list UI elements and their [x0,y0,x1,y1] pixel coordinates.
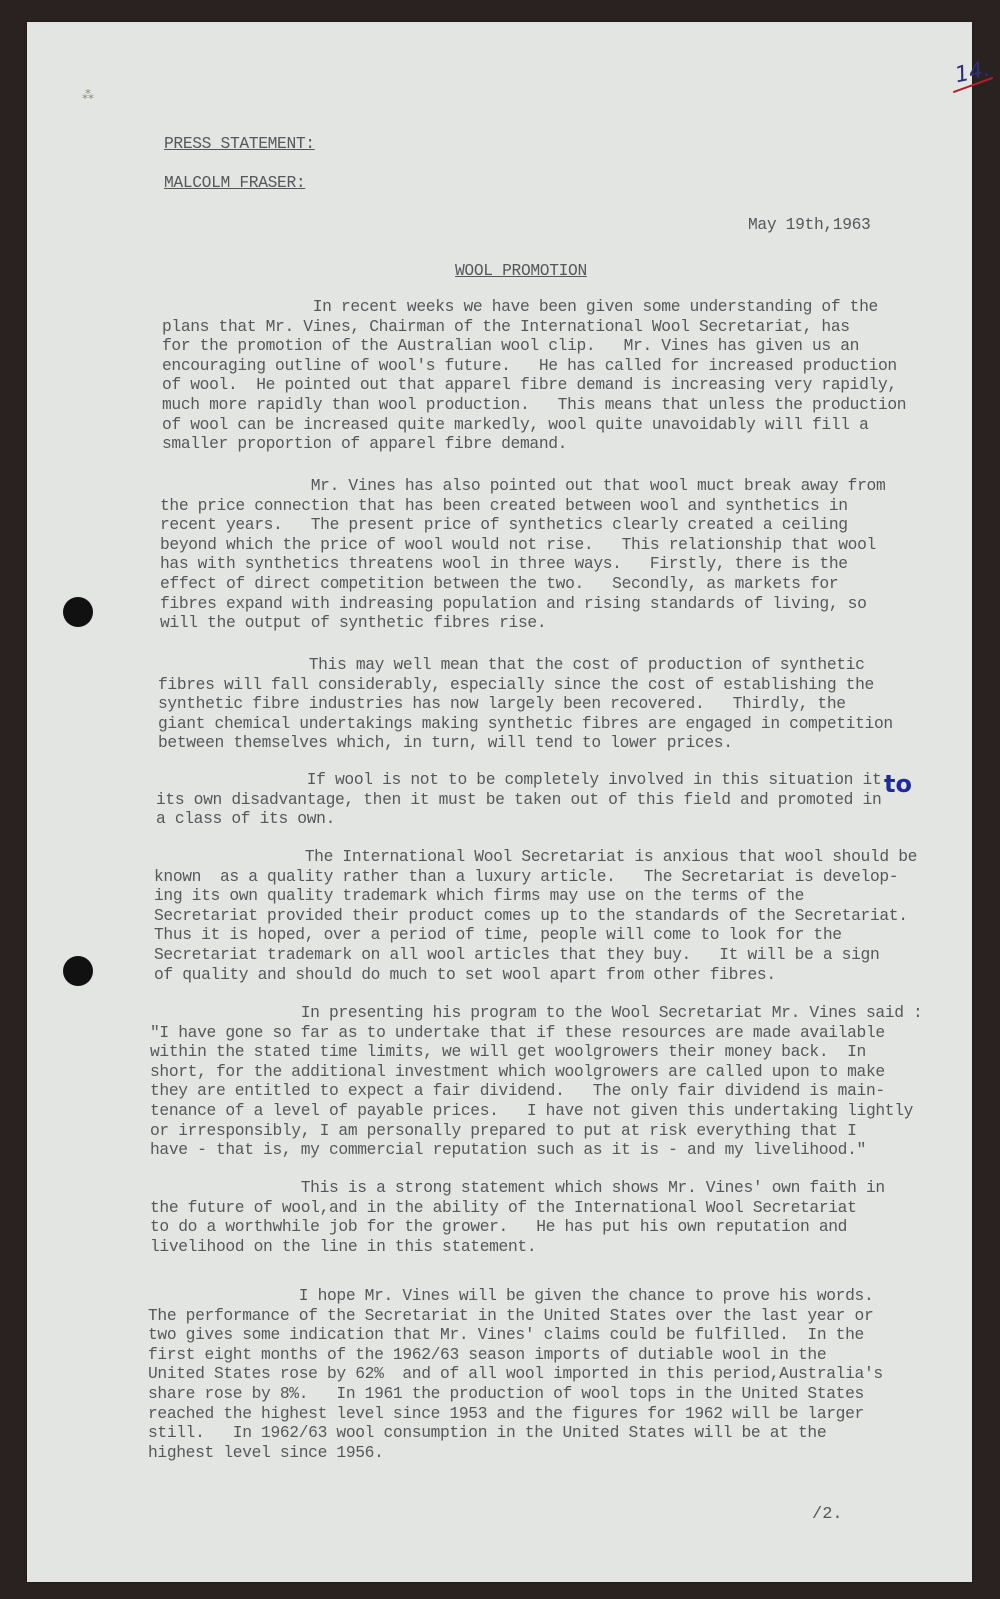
paragraph-7: This is a strong statement which shows M… [150,1178,885,1256]
margin-mark: ⁂ [82,88,94,103]
paragraph-2: Mr. Vines has also pointed out that wool… [160,476,885,633]
author-label: MALCOLM FRASER: [164,173,305,193]
punch-hole-icon [63,956,93,986]
paragraph-8: I hope Mr. Vines will be given the chanc… [148,1286,883,1462]
handwritten-insert: to [884,770,912,798]
page-continuation: /2. [812,1505,843,1524]
paragraph-1: In recent weeks we have been given some … [162,297,906,454]
press-statement-label: PRESS STATEMENT: [164,134,315,154]
document-title: WOOL PROMOTION [455,261,587,281]
date: May 19th,1963 [748,215,870,235]
paragraph-3: This may well mean that the cost of prod… [158,655,893,753]
paragraph-4: If wool is not to be completely involved… [156,770,881,829]
paragraph-5: The International Wool Secretariat is an… [154,847,917,984]
paragraph-6-quote: In presenting his program to the Wool Se… [150,1003,922,1160]
punch-hole-icon [63,597,93,627]
